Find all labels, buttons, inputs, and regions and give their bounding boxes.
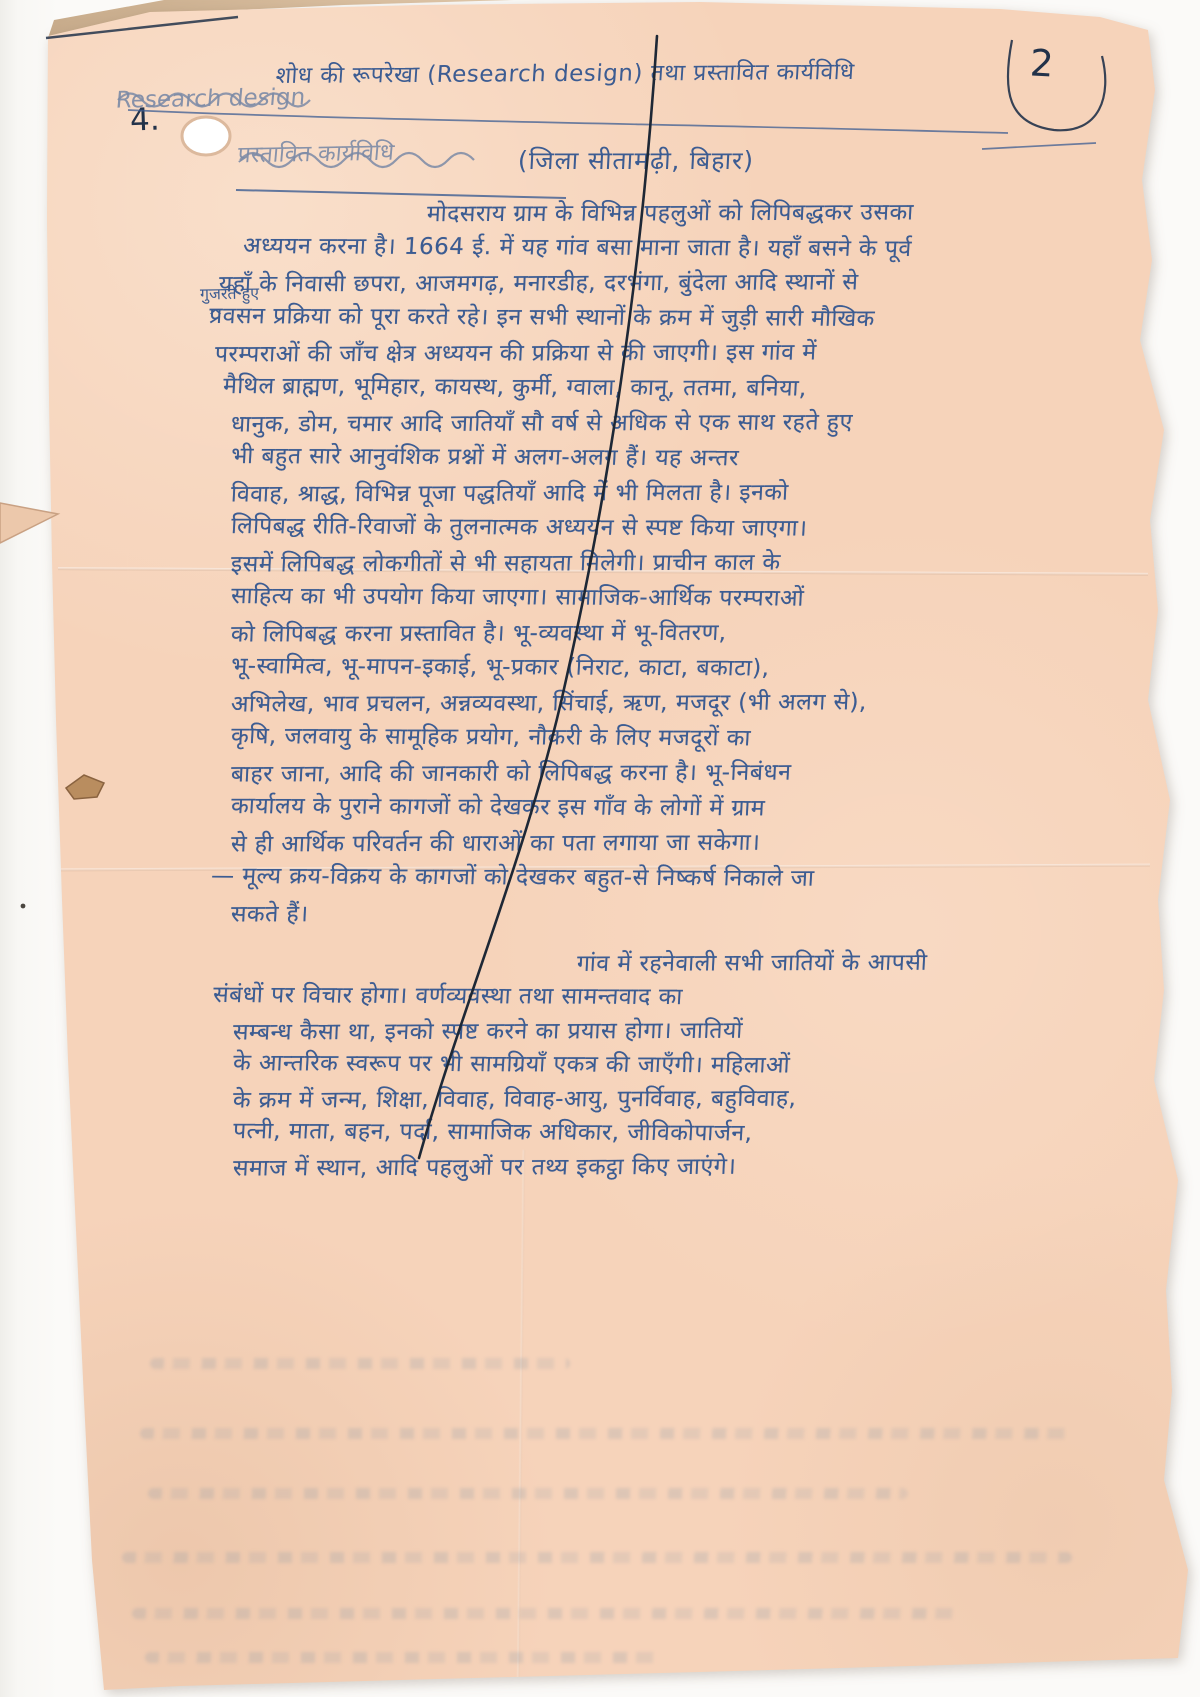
handwritten-line: इसमें लिपिबद्ध लोकगीतों से भी सहायता मिल… [230, 544, 1106, 582]
paragraph-1: मोदसराय ग्राम के विभिन्न पहलुओं को लिपिब… [205, 196, 1105, 931]
bleed-through-marks [140, 1428, 1070, 1439]
bleed-through-marks [150, 1358, 570, 1369]
handwritten-line: गांव में रहनेवाली सभी जातियों के आपसी [576, 945, 1106, 981]
handwritten-line: संबंधों पर विचार होगा। वर्णव्यवस्था तथा … [212, 978, 1106, 1016]
bleed-through-marks [145, 1652, 665, 1663]
paragraph-2: गांव में रहनेवाली सभी जातियों के आपसीसंब… [205, 946, 1105, 1184]
handwritten-line: लिपिबद्ध रीति-रिवाजों के तुलनात्मक अध्यय… [230, 509, 1106, 548]
handwritten-line: सम्बन्ध कैसा था, इनको स्पष्ट करने का प्र… [232, 1012, 1106, 1049]
handwritten-line: के क्रम में जन्म, शिक्षा, विवाह, विवाह-आ… [232, 1080, 1106, 1117]
margin-item-number: 4. [129, 101, 160, 138]
handwritten-line: मैथिल ब्राह्मण, भूमिहार, कायस्थ, कुर्मी,… [222, 369, 1106, 408]
subtitle-district: (जिला सीतामढ़ी, बिहार) [517, 143, 755, 177]
scribbled-out-hindi-text: प्रस्तावित कार्यविधि [236, 135, 395, 170]
handwritten-line: कृषि, जलवायु के सामूहिक प्रयोग, नौकरी के… [230, 719, 1106, 758]
bleed-through-marks [148, 1488, 908, 1499]
handwritten-line: के आन्तरिक स्वरूप पर भी सामग्रियाँ एकत्र… [232, 1046, 1106, 1084]
paper-sheet: शोध की रूपरेखा (Research design) तथा प्र… [0, 0, 1200, 1697]
handwritten-line: — मूल्य क्रय-विक्रय के कागजों को देखकर ब… [210, 859, 1106, 898]
handwritten-line: से ही आर्थिक परिवर्तन की धाराओं का पता ल… [230, 824, 1106, 862]
bleed-through-marks [122, 1552, 1072, 1563]
handwritten-line: धानुक, डोम, चमार आदि जातियाँ सौ वर्ष से … [230, 404, 1106, 442]
handwritten-line: प्रवसन प्रक्रिया को पूरा करते रहे। इन सभ… [208, 299, 1106, 338]
handwritten-line: विवाह, श्राद्ध, विभिन्न पूजा पद्धतियाँ आ… [230, 474, 1106, 512]
handwritten-line: कार्यालय के पुराने कागजों को देखकर इस गा… [230, 789, 1106, 828]
handwritten-line: पत्नी, माता, बहन, पर्दा, सामाजिक अधिकार,… [232, 1114, 1106, 1152]
handwritten-line: मोदसराय ग्राम के विभिन्न पहलुओं को लिपिब… [426, 195, 1106, 232]
handwritten-line: बाहर जाना, आदि की जानकारी को लिपिबद्ध कर… [230, 754, 1106, 792]
page-number: 2 [1029, 41, 1055, 85]
handwritten-line: को लिपिबद्ध करना प्रस्तावित है। भू-व्यवस… [230, 614, 1106, 652]
handwritten-line: साहित्य का भी उपयोग किया जाएगा। सामाजिक-… [230, 579, 1106, 618]
handwritten-line: यहाँ के निवासी छपरा, आजमगढ़, मनारडीह, दर… [218, 264, 1106, 302]
handwritten-line: सकते हैं। [230, 894, 1106, 932]
handwritten-line: परम्पराओं की जाँच क्षेत्र अध्ययन की प्रक… [214, 334, 1106, 372]
handwritten-line: समाज में स्थान, आदि पहलुओं पर तथ्य इकट्ठ… [232, 1148, 1106, 1185]
handwritten-line: अभिलेख, भाव प्रचलन, अन्नव्यवस्था, सिंचाई… [230, 684, 1106, 722]
handwritten-line: भी बहुत सारे आनुवंशिक प्रश्नों में अलग-अ… [230, 439, 1106, 478]
bleed-through-marks [132, 1608, 962, 1619]
paper-shadow-wrap: शोध की रूपरेखा (Research design) तथा प्र… [0, 0, 1200, 1697]
page-heading: शोध की रूपरेखा (Research design) तथा प्र… [275, 54, 856, 90]
scanned-page-background: { "document": { "kind": "handwritten man… [0, 0, 1200, 1697]
handwritten-line: अध्ययन करना है। 1664 ई. में यह गांव बसा … [242, 229, 1106, 268]
handwritten-line: भू-स्वामित्व, भू-मापन-इकाई, भू-प्रकार (न… [230, 649, 1106, 688]
